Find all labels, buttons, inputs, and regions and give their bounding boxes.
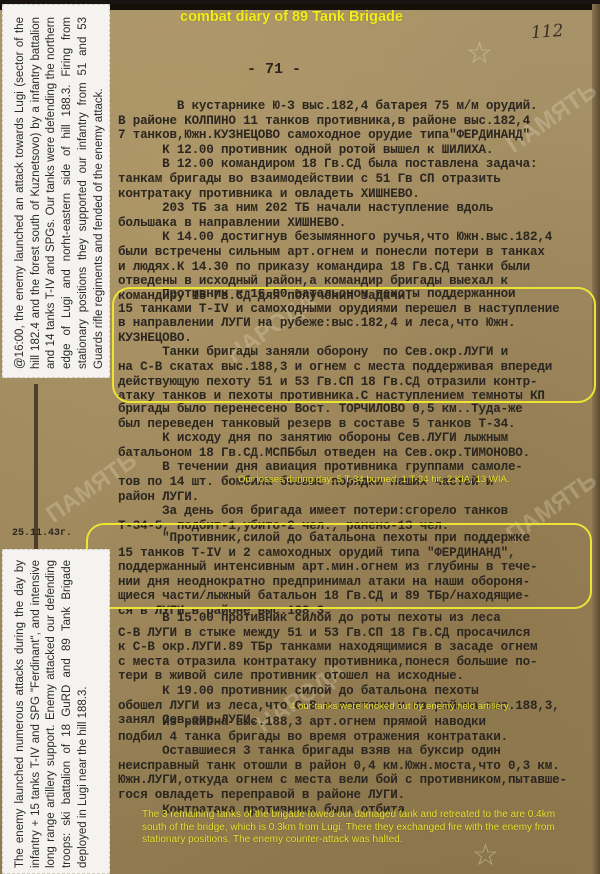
side-note-top: @16:00, the enemy launched an attack tow… [2,4,110,378]
scan-right-edge [592,4,600,874]
typed-text-block: бригады было перенесено Вост. ТОРЧИЛОВО … [118,402,530,533]
highlight-box [86,523,592,609]
retreat-annotation: The 3 remaining tanks of the brigade tow… [142,809,574,847]
page-number: - 71 - [247,61,301,78]
star-icon: ☆ [466,36,493,71]
typed-text-block: В кустарнике Ю-З выс.182,4 батарея 75 м/… [118,99,552,303]
entry-date: 25.11.43г. [12,528,72,539]
knocked-out-annotation: 4 our tanks were knoked out by enemy fie… [290,701,511,712]
losses-annotation: Our losses during day: 5 T-34 burned, 1 … [238,474,510,485]
highlight-box [112,287,596,403]
typed-text-block: Из района выс.188,3 арт.огнем прямой нав… [118,715,567,817]
archive-document-page: ПАМЯТЬ ПАМЯТЬ НАРОДА ПАМЯТЬ ПАМЯТЬ НАРОД… [0,4,600,874]
folio-number: 112 [530,21,564,43]
document-title: combat diary of 89 Tank Brigade [180,9,403,25]
side-note-bottom: The enemy launched numerous attacks duri… [2,549,110,874]
